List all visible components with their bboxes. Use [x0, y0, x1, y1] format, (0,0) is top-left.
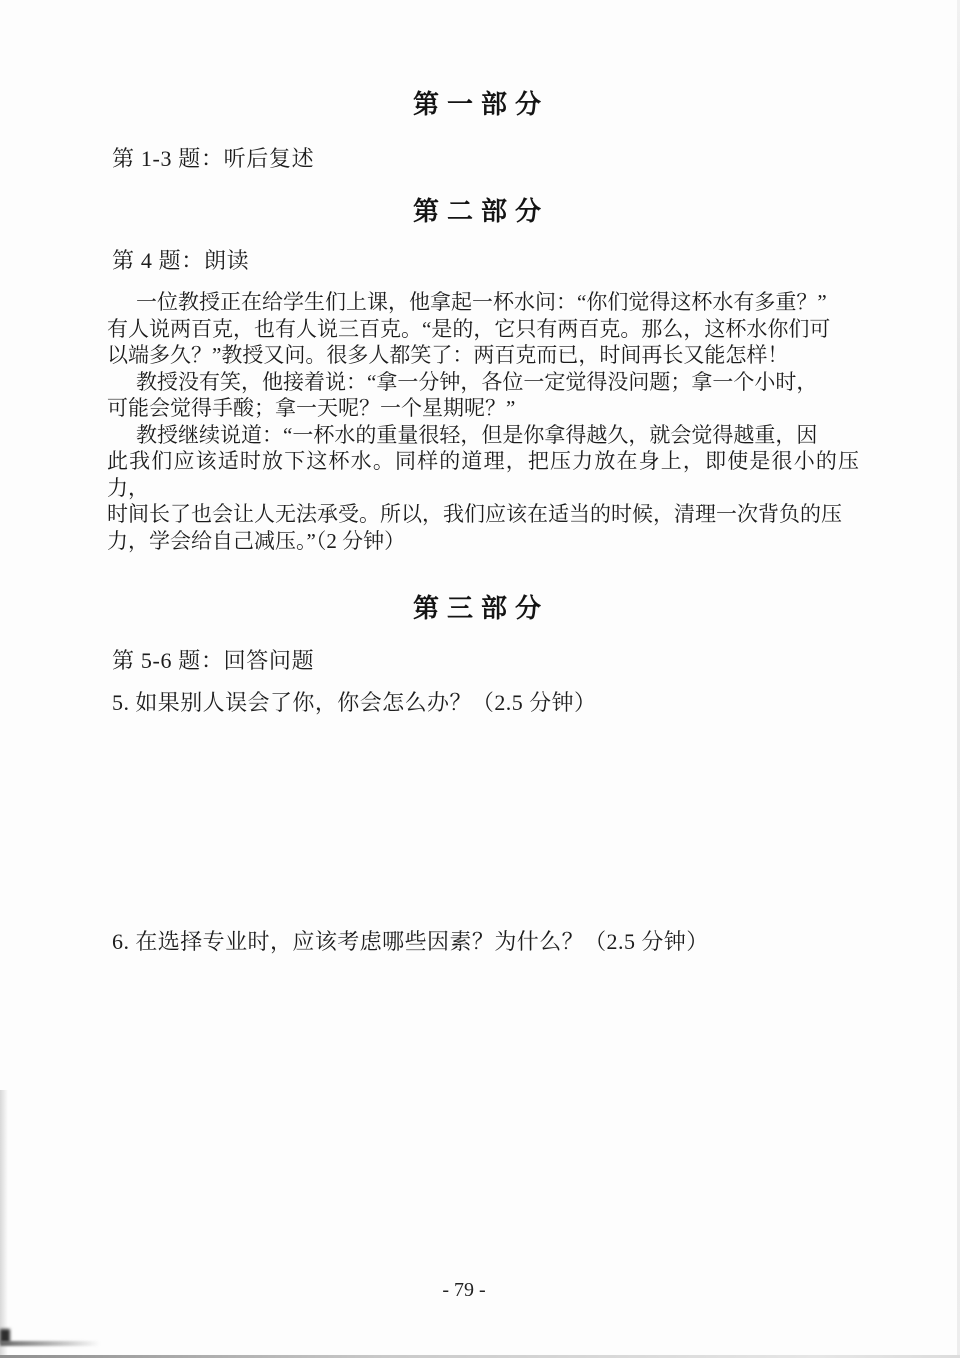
scan-edge-left-artifact — [0, 1090, 8, 1358]
passage-paragraph-2: 教授没有笑，他接着说：“拿一分钟，各位一定觉得没问题；拿一个小时， 可能会觉得手… — [107, 369, 859, 422]
part-one-heading: 第一部分 — [107, 84, 855, 121]
part-one-task-label: 第 1-3 题：听后复述 — [112, 142, 314, 173]
question-6: 6. 在选择专业时，应该考虑哪些因素？为什么？（2.5 分钟） — [112, 925, 709, 956]
part-two-heading: 第二部分 — [107, 191, 855, 228]
part-two-task-label: 第 4 题：朗读 — [112, 244, 249, 275]
page-number: - 79 - — [0, 1279, 928, 1302]
scan-bottom-smear-artifact — [0, 1341, 100, 1346]
passage-paragraph-3: 教授继续说道：“一杯水的重量很轻，但是你拿得越久，就会觉得越重，因 此我们应该适… — [107, 422, 859, 555]
part-three-heading: 第三部分 — [107, 588, 855, 625]
passage-paragraph-1: 一位教授正在给学生们上课，他拿起一杯水问：“你们觉得这杯水有多重？” 有人说两百… — [107, 289, 859, 369]
reading-passage: 一位教授正在给学生们上课，他拿起一杯水问：“你们觉得这杯水有多重？” 有人说两百… — [107, 289, 859, 554]
part-three-task-label: 第 5-6 题：回答问题 — [112, 644, 314, 675]
scanned-exam-page: 第一部分 第 1-3 题：听后复述 第二部分 第 4 题：朗读 一位教授正在给学… — [0, 0, 960, 1358]
question-5: 5. 如果别人误会了你，你会怎么办？（2.5 分钟） — [112, 686, 596, 717]
